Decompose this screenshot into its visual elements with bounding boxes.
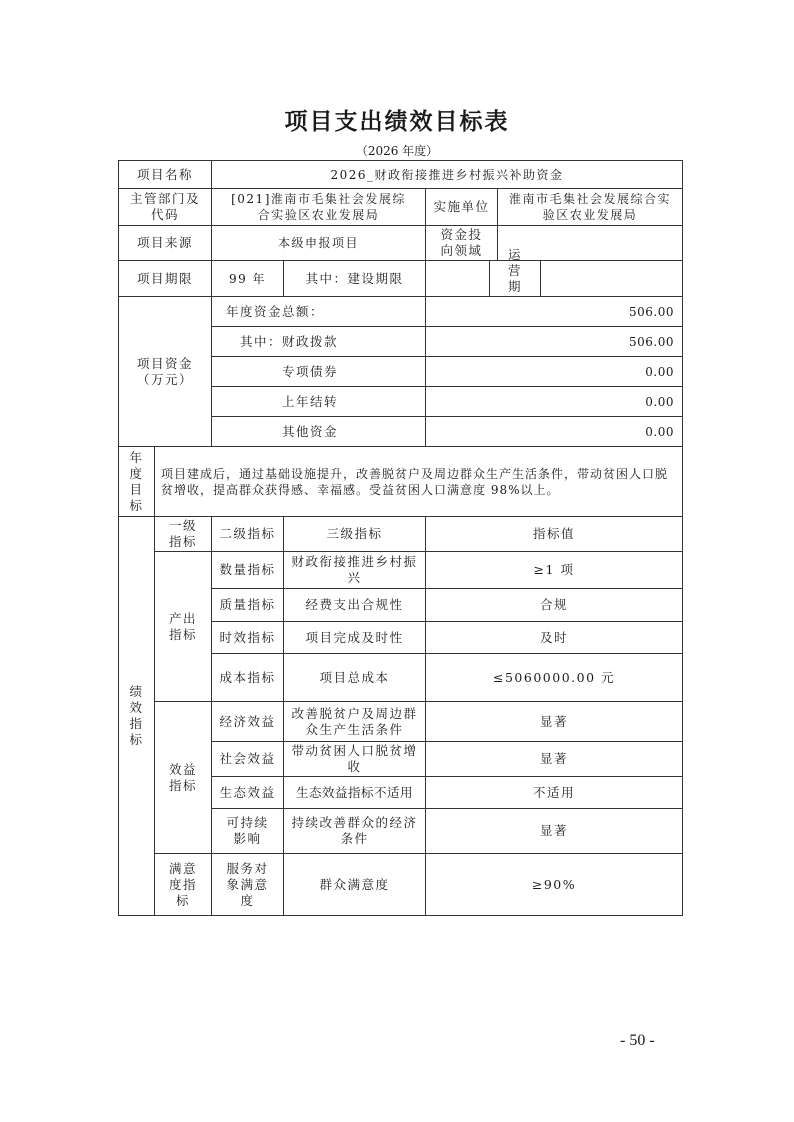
level2-cell: 经济效益 — [211, 701, 284, 742]
value-cell: 及时 — [425, 621, 683, 654]
level3-cell: 项目完成及时性 — [283, 621, 426, 654]
level3-cell: 群众满意度 — [283, 853, 426, 916]
funds-row-value: 0.00 — [425, 386, 683, 417]
annual-goal-label: 年度目标 — [118, 446, 155, 517]
funds-row-value: 506.00 — [425, 296, 683, 327]
funds-row-label: 上年结转 — [211, 386, 426, 417]
header-value: 指标值 — [425, 516, 683, 552]
header-level1: 一级指标 — [154, 516, 212, 552]
funds-row-label: 其他资金 — [211, 416, 426, 447]
value-cell: ≥90% — [425, 853, 683, 916]
level1-output: 产出指标 — [154, 551, 212, 702]
funds-row-label: 年度资金总额： — [211, 296, 426, 327]
operate-period-value — [540, 260, 683, 297]
dept-label: 主管部门及代码 — [118, 188, 212, 226]
funds-row-label: 专项债券 — [211, 356, 426, 387]
domain-label: 资金投向领域 — [425, 225, 498, 261]
source-value: 本级申报项目 — [211, 225, 426, 261]
operate-period-label: 运营期限 — [489, 260, 541, 297]
funds-row-value: 0.00 — [425, 416, 683, 447]
level3-cell: 改善脱贫户及周边群众生产生活条件 — [283, 701, 426, 742]
indicators-label: 绩效指标 — [118, 516, 155, 916]
value-cell: 合规 — [425, 588, 683, 622]
annual-goal-text: 项目建成后，通过基础设施提升，改善脱贫户及周边群众生产生活条件，带动贫困人口脱贫… — [154, 446, 683, 517]
value-cell: 不适用 — [425, 776, 683, 809]
project-name-value: 2026_财政衔接推进乡村振兴补助资金 — [211, 160, 683, 189]
header-level3: 三级指标 — [283, 516, 426, 552]
level3-cell: 带动贫困人口脱贫增收 — [283, 741, 426, 777]
value-cell: ≤5060000.00 元 — [425, 653, 683, 702]
build-period-label: 其中：建设期限 — [283, 260, 426, 297]
level3-cell: 经费支出合规性 — [283, 588, 426, 622]
impl-unit-label: 实施单位 — [425, 188, 498, 226]
period-value: 99 年 — [211, 260, 284, 297]
level1-benefit: 效益指标 — [154, 701, 212, 854]
level1-satisfaction: 满意度指标 — [154, 853, 212, 916]
level2-cell: 生态效益 — [211, 776, 284, 809]
level2-cell: 可持续影响 — [211, 808, 284, 854]
level3-cell: 财政衔接推进乡村振兴 — [283, 551, 426, 589]
funds-row-value: 0.00 — [425, 356, 683, 387]
dept-value: [021]淮南市毛集社会发展综合实验区农业发展局 — [211, 188, 426, 226]
value-cell: 显著 — [425, 741, 683, 777]
impl-unit-value: 淮南市毛集社会发展综合实验区农业发展局 — [497, 188, 683, 226]
source-label: 项目来源 — [118, 225, 212, 261]
page-number: - 50 - — [620, 1032, 655, 1050]
level3-cell: 生态效益指标不适用 — [283, 776, 426, 809]
level2-cell: 服务对象满意度 — [211, 853, 284, 916]
level2-cell: 时效指标 — [211, 621, 284, 654]
year-subtitle: （2026 年度） — [0, 142, 794, 159]
level2-cell: 质量指标 — [211, 588, 284, 622]
header-level2: 二级指标 — [211, 516, 284, 552]
value-cell: 显著 — [425, 701, 683, 742]
value-cell: ≥1 项 — [425, 551, 683, 589]
level3-cell: 持续改善群众的经济条件 — [283, 808, 426, 854]
value-cell: 显著 — [425, 808, 683, 854]
funds-row-label: 其中：财政拨款 — [211, 326, 426, 357]
level2-cell: 成本指标 — [211, 653, 284, 702]
level3-cell: 项目总成本 — [283, 653, 426, 702]
build-period-value — [425, 260, 490, 297]
period-label: 项目期限 — [118, 260, 212, 297]
level2-cell: 社会效益 — [211, 741, 284, 777]
funds-label: 项目资金（万元） — [118, 296, 212, 447]
project-name-label: 项目名称 — [118, 160, 212, 189]
funds-row-value: 506.00 — [425, 326, 683, 357]
level2-cell: 数量指标 — [211, 551, 284, 589]
page-title: 项目支出绩效目标表 — [0, 103, 794, 136]
